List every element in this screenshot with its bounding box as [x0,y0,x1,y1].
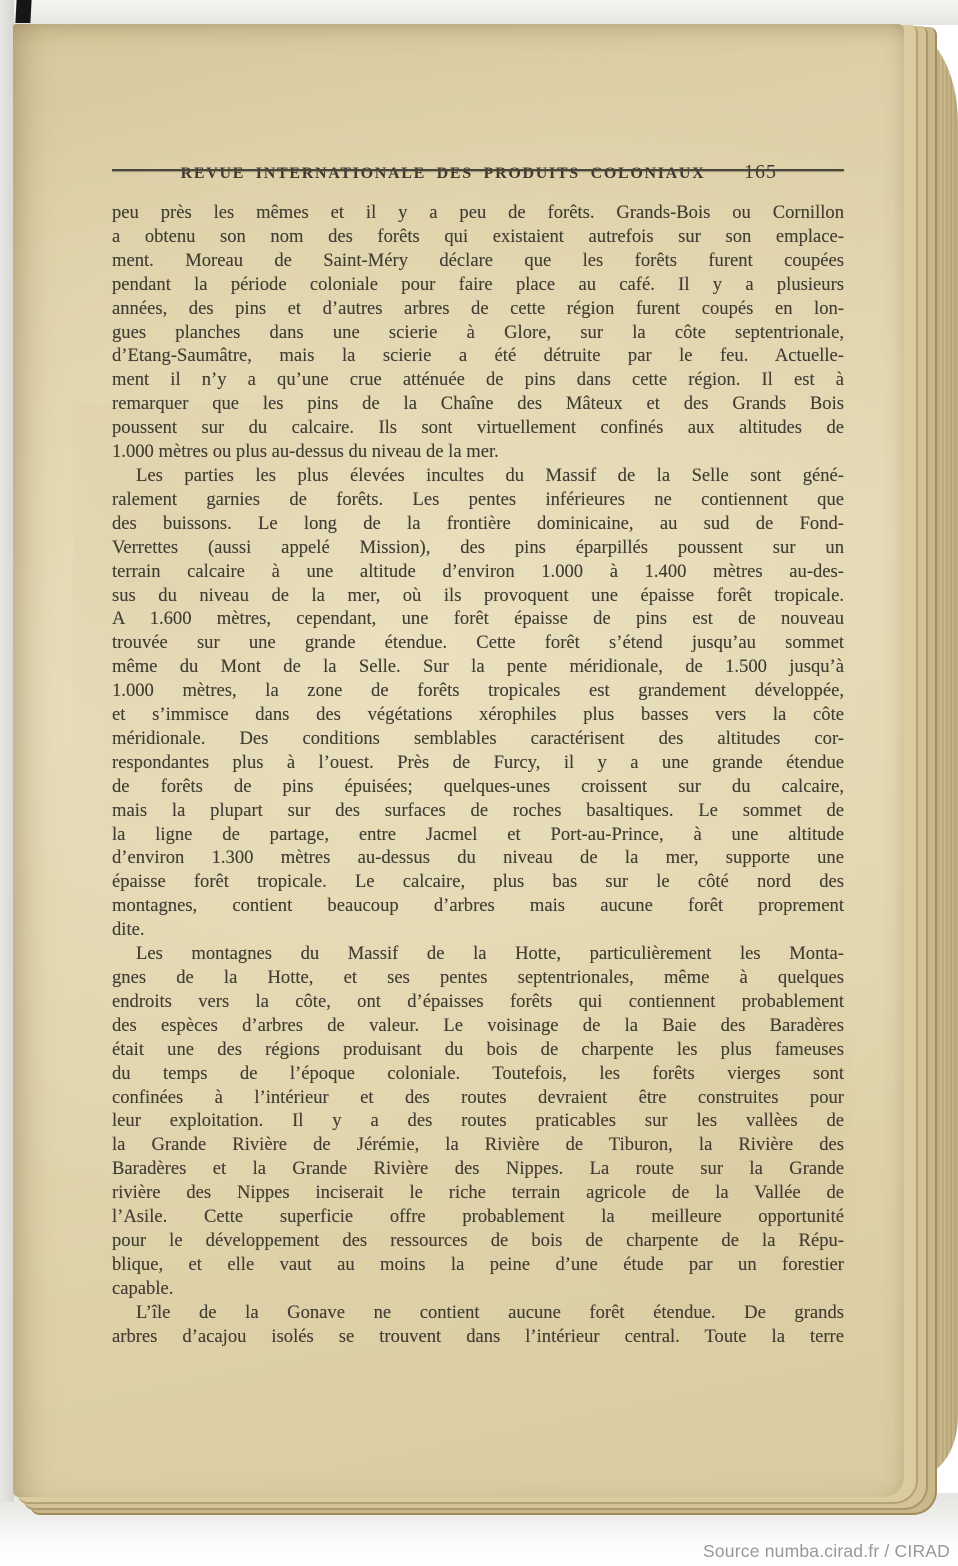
text-line: du temps de l’époque coloniale. Toutefoi… [112,1062,844,1086]
scanner-left-strip [0,0,14,1502]
text-line: 1.000 mètres ou plus au-dessus du niveau… [112,440,844,464]
text-line: peu près les mêmes et il y a peu de forê… [112,201,844,225]
journal-title: REVUE INTERNATIONALE DES PRODUITS COLONI… [181,165,706,183]
spine-mark [15,0,31,23]
text-line: respondantes plus à l’ouest. Près de Fur… [112,751,844,775]
text-line: L’île de la Gonave ne contient aucune fo… [112,1301,844,1325]
text-line: poussent sur du calcaire. Ils sont virtu… [112,416,844,440]
text-line: terrain calcaire à une altitude d’enviro… [112,560,844,584]
text-line: et s’immisce dans des végétations xéroph… [112,703,844,727]
text-line: ment. Moreau de Saint-Méry déclare que l… [112,249,844,273]
text-line: l’Asile. Cette superficie offre probable… [112,1205,844,1229]
text-line: sus du niveau de la mer, où ils provoque… [112,584,844,608]
text-line: dite. [112,918,844,942]
text-line: arbres d’acajou isolés se trouvent dans … [112,1325,844,1349]
source-attribution: Source numba.cirad.fr / CIRAD [703,1541,950,1562]
text-line: pendant la période coloniale pour faire … [112,273,844,297]
text-line: trouvée sur une grande étendue. Cette fo… [112,631,844,655]
page-number: 165 [744,161,777,184]
text-line: remarquer que les pins de la Chaîne des … [112,392,844,416]
page-body: peu près les mêmes et il y a peu de forê… [112,201,844,1349]
header-rule [112,169,844,171]
text-line: A 1.600 mètres, cependant, une forêt épa… [112,607,844,631]
text-line: Les montagnes du Massif de la Hotte, par… [112,942,844,966]
text-line: d’Etang-Saumâtre, mais la scierie a été … [112,344,844,368]
text-line: mais la plupart sur des surfaces de roch… [112,799,844,823]
text-line: endroits vers la côte, ont d’épaisses fo… [112,990,844,1014]
text-line: méridionale. Des conditions semblables c… [112,727,844,751]
text-line: même du Mont de la Selle. Sur la pente m… [112,655,844,679]
text-line: épaisse forêt tropicale. Le calcaire, pl… [112,870,844,894]
text-line: Baradères et la Grande Rivière des Nippe… [112,1157,844,1181]
text-line: pour le développement des ressources de … [112,1229,844,1253]
page-header: REVUE INTERNATIONALE DES PRODUITS COLONI… [13,24,904,184]
text-line: gnes de la Hotte, et ses pentes septentr… [112,966,844,990]
scanner-top-strip [0,0,958,25]
text-line: années, des pins et d’autres arbres de c… [112,297,844,321]
text-line: a obtenu son nom des forêts qui existaie… [112,225,844,249]
text-line: Les parties les plus élevées incultes du… [112,464,844,488]
text-line: d’environ 1.300 mètres au-dessus du nive… [112,846,844,870]
text-line: la Grande Rivière de Jérémie, la Rivière… [112,1133,844,1157]
text-line: la ligne de partage, entre Jacmel et Por… [112,823,844,847]
book-page: REVUE INTERNATIONALE DES PRODUITS COLONI… [13,24,904,1497]
text-line: ralement garnies de forêts. Les pentes i… [112,488,844,512]
text-line: des buissons. Le long de la frontière do… [112,512,844,536]
text-line: leur exploitation. Il y a des routes pra… [112,1109,844,1133]
text-line: 1.000 mètres, la zone de forêts tropical… [112,679,844,703]
text-line: Verrettes (aussi appelé Mission), des pi… [112,536,844,560]
text-line: des espèces d’arbres de valeur. Le voisi… [112,1014,844,1038]
text-line: ment il n’y a qu’une crue atténuée de pi… [112,368,844,392]
text-line: rivière des Nippes inciserait le riche t… [112,1181,844,1205]
text-line: de forêts de pins épuisées; quelques-une… [112,775,844,799]
text-line: gues planches dans une scierie à Glore, … [112,321,844,345]
text-line: blique, et elle vaut au moins la peine d… [112,1253,844,1277]
text-line: était une des régions produisant du bois… [112,1038,844,1062]
text-line: capable. [112,1277,844,1301]
text-line: montagnes, contient beaucoup d’arbres ma… [112,894,844,918]
text-line: confinées à l’intérieur et des routes de… [112,1086,844,1110]
